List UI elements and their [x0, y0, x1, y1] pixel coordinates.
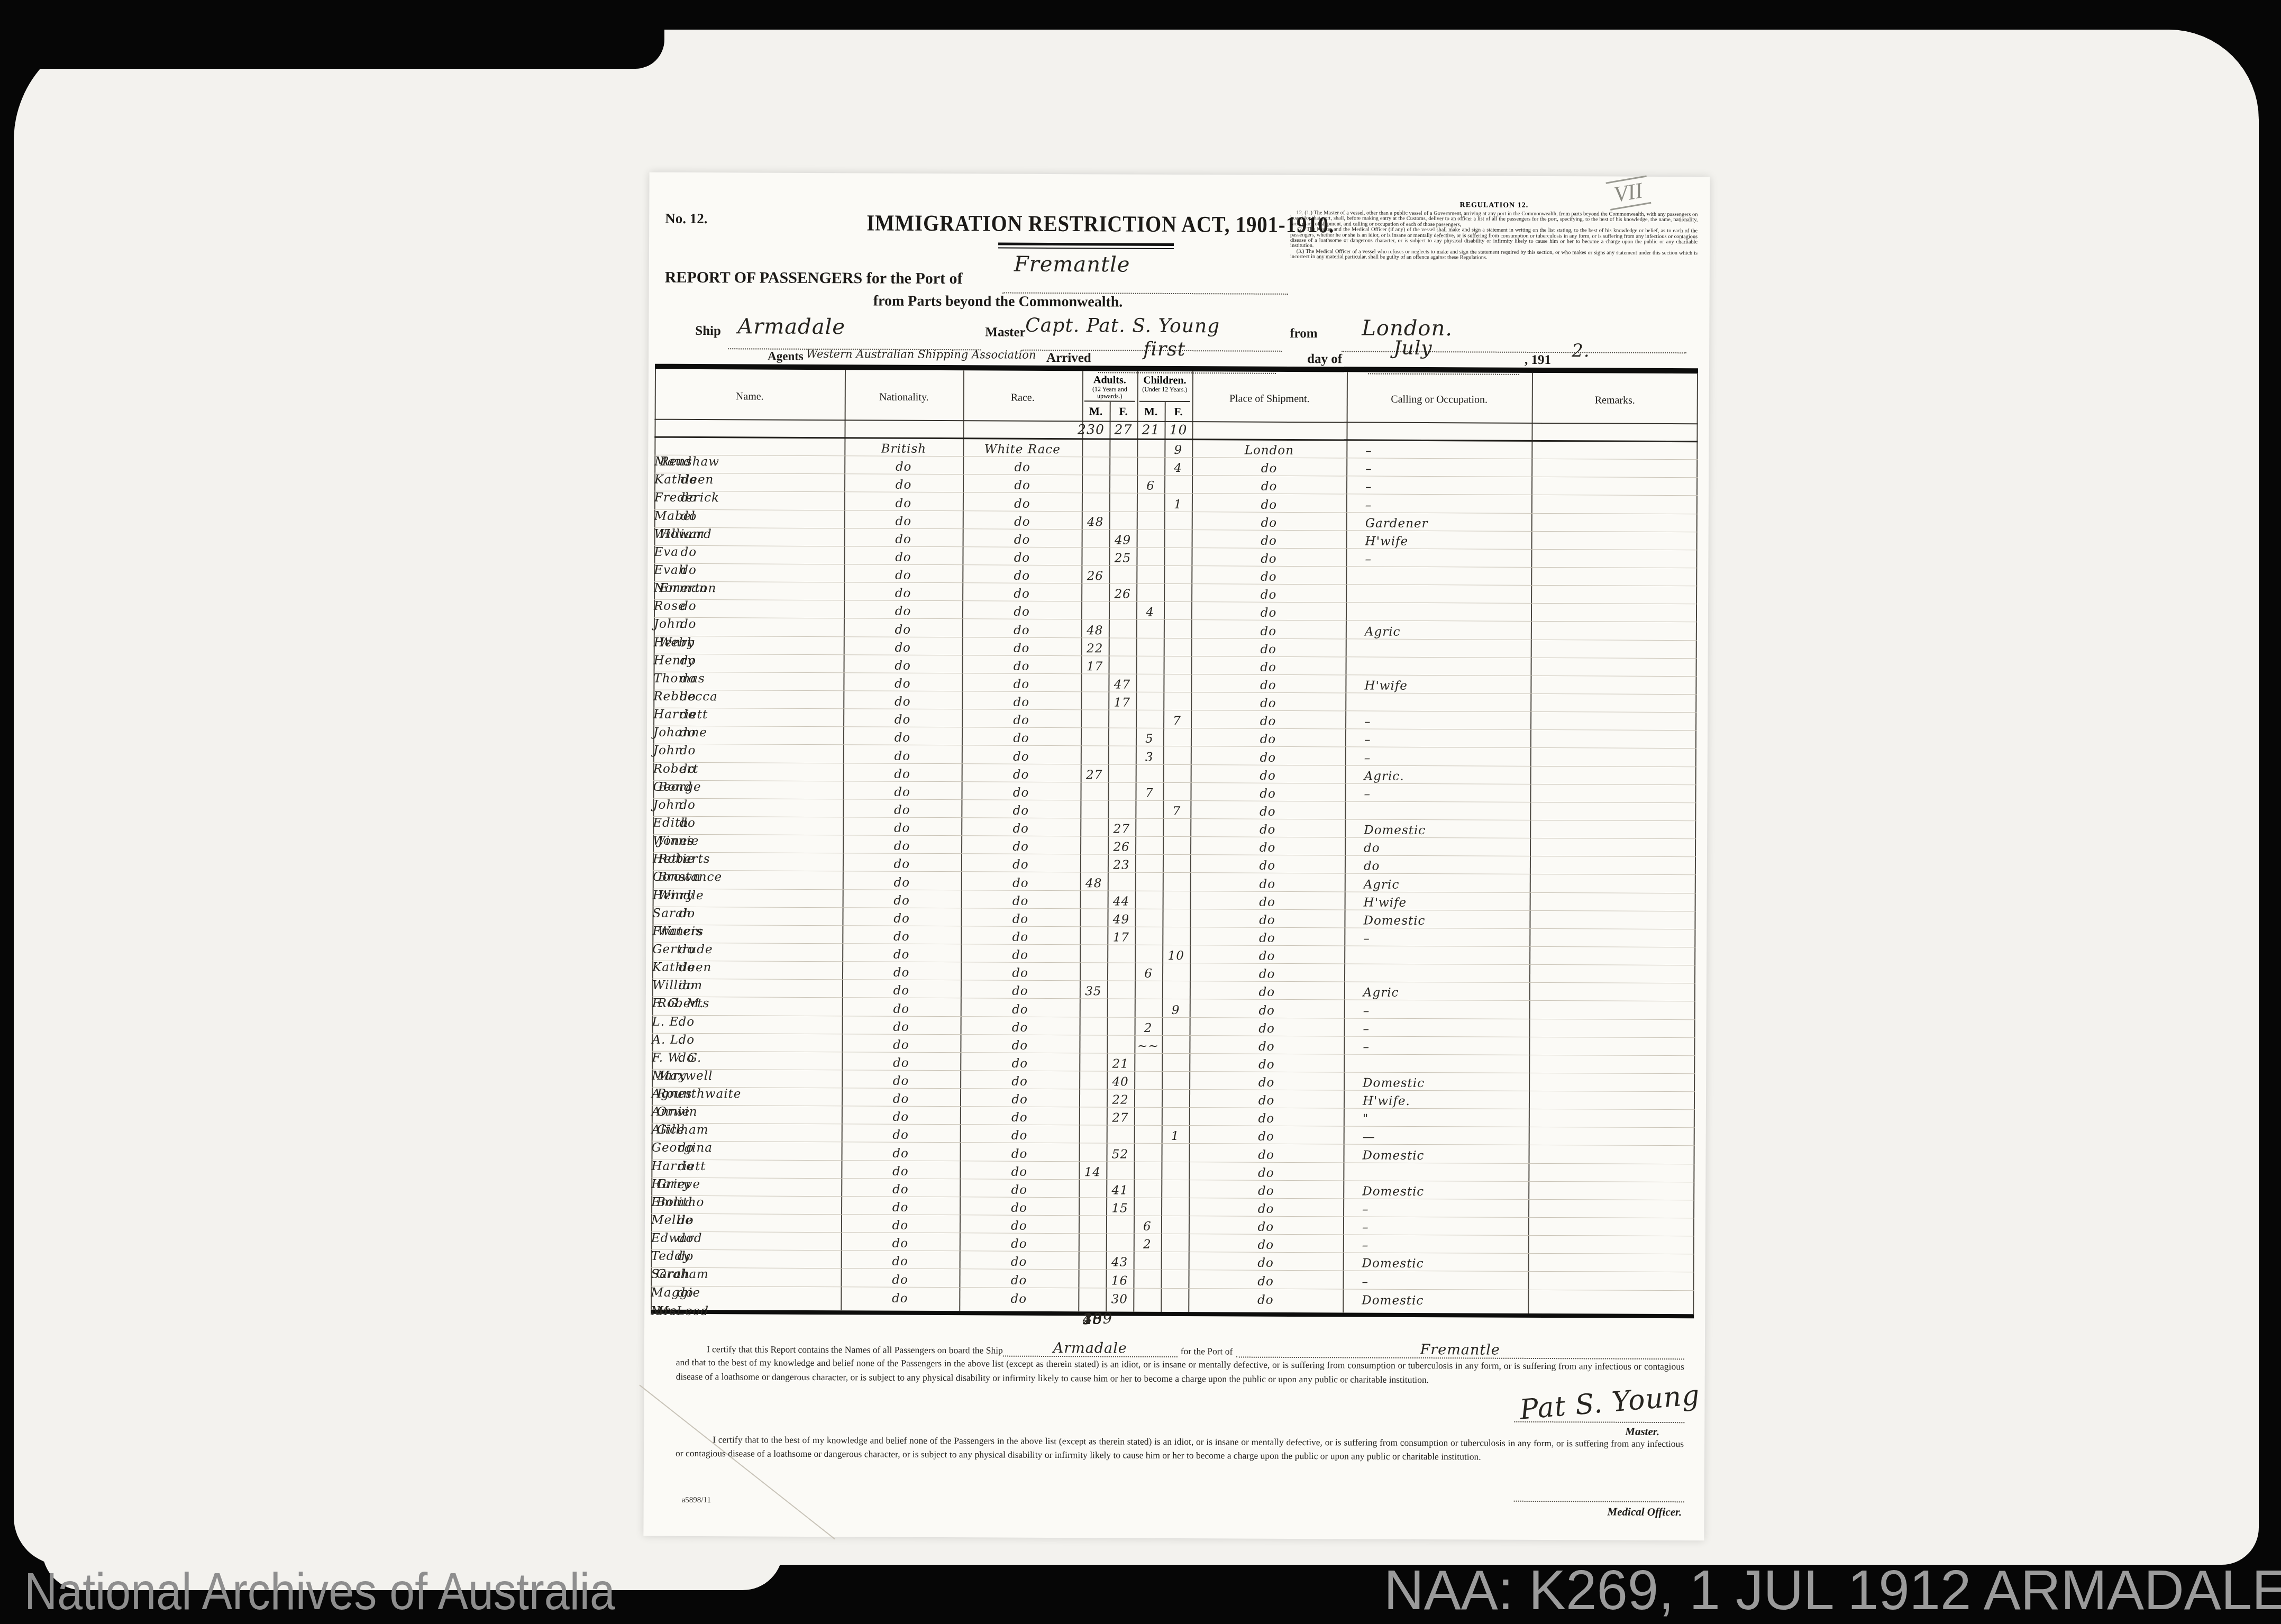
cell-calling-occupation: – [1344, 1004, 1529, 1019]
cell-nationality: do [844, 568, 962, 582]
cell-place-of-shipment: do [1189, 1039, 1344, 1054]
passenger-given-name: Constance [653, 870, 722, 884]
master-label: Master [985, 325, 1025, 340]
cell-place-of-shipment: do [1188, 1293, 1343, 1307]
cell-adults-f: 49 [1109, 533, 1137, 547]
cell-race: do [961, 912, 1080, 926]
cell-calling-occupation: – [1345, 787, 1530, 802]
cell-nationality: do [842, 1020, 961, 1034]
passenger-given-name: Frederick [654, 491, 719, 505]
cell-calling-occupation: H'wife. [1344, 1094, 1529, 1109]
cell-calling-occupation: Domestic [1344, 914, 1529, 928]
form-number: No. 12. [665, 211, 707, 227]
cell-children-f: 1 [1164, 497, 1192, 511]
cell-race: do [960, 1092, 1079, 1107]
cell-race: do [962, 623, 1081, 637]
passenger-given-name: William [654, 527, 705, 541]
cell-race: do [962, 695, 1081, 709]
report-line-label: REPORT OF PASSENGERS for the Port of [665, 269, 963, 288]
cell-place-of-shipment: do [1189, 1184, 1343, 1198]
cell-place-of-shipment: do [1192, 461, 1346, 476]
year-prefix: , 191 [1525, 353, 1551, 368]
cell-nationality: do [844, 641, 962, 655]
cell-adults-m: 26 [1081, 569, 1109, 583]
cell-children-m: 5 [1136, 732, 1163, 746]
cell-adults-f: 40 [1107, 1075, 1134, 1089]
cell-adults-f: 25 [1109, 551, 1136, 565]
cell-adults-f: 16 [1106, 1274, 1133, 1288]
cell-adults-m: 48 [1081, 624, 1109, 637]
medical-certification: I certify that to the best of my knowled… [676, 1433, 1684, 1464]
cell-race: do [960, 1255, 1079, 1270]
ship-name-handwritten-cert: Armadale [1053, 1340, 1127, 1357]
port-of-label: for the Port of [1178, 1345, 1236, 1357]
arrived-day-handwritten: first [1143, 339, 1185, 360]
cell-place-of-shipment: London [1192, 443, 1346, 458]
column-header-place: Place of Shipment. [1192, 393, 1347, 405]
master-certification: I certify that this Report contains the … [676, 1342, 1684, 1388]
cell-adults-f: 21 [1107, 1057, 1134, 1071]
cell-nationality: do [844, 496, 963, 510]
cell-race: do [961, 840, 1080, 854]
cell-place-of-shipment: do [1192, 516, 1346, 530]
bottom-total-children-f: 18 [1082, 1310, 1103, 1328]
year-digit-handwritten: 2. [1572, 340, 1590, 361]
cell-calling-occupation: Domestic [1345, 823, 1530, 838]
cell-race: do [963, 479, 1082, 493]
passenger-given-name: Harry [651, 1177, 690, 1191]
cell-calling-occupation: Gardener [1346, 516, 1531, 531]
day-of-label: day of [1307, 352, 1342, 367]
passenger-given-name: Henry [654, 653, 695, 667]
ship-name-slot: Armadale [1003, 1343, 1178, 1357]
cell-adults-m: 14 [1079, 1165, 1106, 1179]
cell-nationality: do [843, 875, 961, 890]
cell-race: do [961, 984, 1080, 999]
cell-place-of-shipment: do [1190, 805, 1345, 819]
cell-name: McLeod Mrs [651, 1304, 841, 1305]
cell-children-m: 2 [1135, 1021, 1162, 1035]
cell-nationality: do [841, 1200, 960, 1215]
cell-place-of-shipment: do [1188, 1274, 1343, 1289]
cell-calling-occupation: Agric [1345, 878, 1530, 892]
agents-label: Agents [768, 350, 804, 363]
cell-nationality: do [842, 984, 961, 998]
arrived-label: Arrived [1046, 351, 1091, 366]
cell-place-of-shipment: do [1192, 534, 1346, 548]
regulation-body: 12. (1.) The Master of a vessel, other t… [1290, 211, 1698, 262]
cell-place-of-shipment: do [1191, 642, 1346, 656]
cell-race: do [960, 1129, 1079, 1143]
cell-place-of-shipment: do [1189, 1166, 1343, 1180]
passenger-given-name: Annie [652, 1105, 690, 1119]
passenger-given-name: Eva [654, 545, 679, 559]
cell-nationality: do [844, 514, 963, 528]
cell-calling-occupation: H'wife [1345, 896, 1530, 910]
top-total-adults-f: 27 [1109, 422, 1137, 437]
cell-race: do [961, 1002, 1080, 1017]
cell-race: do [960, 1038, 1079, 1053]
cell-place-of-shipment: do [1190, 787, 1345, 801]
top-total-children-m: 21 [1137, 422, 1164, 437]
cell-calling-occupation: Domestic [1343, 1293, 1528, 1308]
passenger-given-name: L. E. [652, 1015, 683, 1028]
cell-calling-occupation: – [1345, 715, 1530, 730]
cell-adults-f: 52 [1106, 1147, 1134, 1161]
cell-race: do [962, 768, 1081, 782]
cell-place-of-shipment: do [1191, 751, 1345, 765]
passenger-given-name: Georgina [652, 1141, 713, 1155]
cell-place-of-shipment: do [1190, 967, 1344, 981]
cell-place-of-shipment: do [1192, 480, 1346, 494]
cell-race: do [962, 641, 1081, 655]
port-handwritten-cert: Fremantle [1420, 1342, 1500, 1358]
passenger-given-name: Mabel [654, 509, 696, 523]
cell-race: do [961, 894, 1080, 908]
cell-children-f: 7 [1163, 714, 1191, 728]
cell-race: do [962, 605, 1081, 619]
passenger-given-name: George [653, 780, 701, 793]
passenger-given-name: Rose [654, 599, 686, 613]
passenger-given-name: Winnie [653, 834, 699, 848]
cell-place-of-shipment: do [1190, 1003, 1344, 1018]
cell-place-of-shipment: do [1191, 588, 1346, 602]
column-header-children-sub: (Under 12 Years.) [1137, 386, 1192, 393]
cell-children-f: 9 [1162, 1003, 1190, 1017]
cell-children-m: 6 [1135, 967, 1162, 981]
cell-calling-occupation: – [1346, 462, 1531, 477]
passenger-given-name: Maud [654, 455, 692, 469]
passenger-given-name: John [654, 617, 684, 631]
cell-adults-f: 17 [1108, 696, 1136, 710]
month-handwritten: July [1393, 337, 1433, 359]
cell-nationality: do [841, 1218, 960, 1233]
cell-race: do [960, 1111, 1079, 1125]
passenger-given-name: Mellie [651, 1214, 693, 1227]
cell-nationality: do [844, 605, 962, 619]
passenger-given-name: Robert [653, 762, 699, 775]
cell-nationality: do [844, 550, 962, 564]
passenger-given-name: John [653, 744, 683, 758]
ship-name-handwritten: Armadale [737, 314, 845, 339]
cell-place-of-shipment: do [1191, 606, 1346, 621]
cell-race: do [961, 930, 1080, 944]
cell-calling-occupation: – [1344, 1022, 1529, 1037]
cell-nationality: do [842, 1074, 960, 1088]
medical-signature-line [1514, 1500, 1684, 1502]
cell-adults-m: 27 [1081, 768, 1108, 782]
column-header-children: Children. [1137, 375, 1192, 387]
cell-race: do [960, 1201, 1079, 1215]
top-total-adults-m: 230 [1072, 422, 1109, 437]
column-header-adults-m: M. [1082, 405, 1110, 418]
cell-adults-m: 35 [1080, 985, 1107, 999]
cell-nationality: do [844, 532, 963, 546]
cell-race: do [960, 1056, 1079, 1071]
cell-nationality: do [842, 947, 961, 962]
cell-adults-m: 22 [1081, 642, 1109, 655]
cell-adults-f: 17 [1107, 930, 1135, 944]
cell-children-f: 7 [1163, 805, 1190, 818]
passenger-given-name: Edith [653, 816, 689, 830]
passenger-given-name: Alice [652, 1123, 685, 1137]
certification-intro: I certify that this Report contains the … [676, 1343, 1003, 1357]
column-header-calling: Calling or Occupation. [1347, 393, 1532, 406]
cell-calling-occupation: — [1344, 1130, 1529, 1145]
cell-race: White Race [963, 442, 1082, 457]
cell-nationality: do [843, 749, 962, 763]
passenger-given-name: Harriett [651, 1159, 706, 1173]
cell-children-f: 9 [1164, 443, 1192, 457]
cell-place-of-shipment: do [1189, 1148, 1343, 1162]
cell-nationality: do [842, 1128, 960, 1143]
cell-adults-f: 44 [1108, 895, 1135, 908]
cell-race: do [963, 497, 1082, 511]
cell-nationality: do [844, 478, 963, 492]
fold-crease [639, 1385, 835, 1540]
cell-children-m: 7 [1135, 786, 1163, 800]
cell-place-of-shipment: do [1189, 1093, 1344, 1108]
passenger-rows: Renshaw Maud British White Race 9 London… [651, 437, 1698, 1309]
page-title: IMMIGRATION RESTRICTION ACT, 1901-1910. [866, 210, 1324, 238]
passenger-given-name: Evah [654, 563, 687, 577]
cell-race: do [961, 858, 1080, 872]
cell-calling-occupation: do [1345, 842, 1530, 856]
cell-children-m: 3 [1136, 750, 1163, 764]
cell-race: do [962, 551, 1081, 565]
cell-race: do [960, 1147, 1079, 1161]
cell-nationality: do [841, 1255, 960, 1269]
cell-race: do [963, 461, 1082, 475]
archive-scan-canvas: No. 12. VII IMMIGRATION RESTRICTION ACT,… [0, 0, 2281, 1624]
cell-adults-f: 26 [1109, 588, 1136, 601]
passenger-given-name: Harriett [653, 708, 708, 722]
cell-place-of-shipment: do [1190, 1021, 1344, 1036]
cell-place-of-shipment: do [1191, 733, 1345, 747]
cell-place-of-shipment: do [1191, 714, 1345, 728]
cell-nationality: British [844, 442, 963, 456]
cell-nationality: do [841, 1237, 960, 1251]
cell-place-of-shipment: do [1189, 1256, 1343, 1271]
cell-race: do [961, 1020, 1080, 1035]
cell-nationality: do [843, 803, 961, 817]
cell-adults-f: 41 [1106, 1183, 1134, 1197]
cell-race: do [962, 569, 1081, 583]
cell-nationality: do [843, 677, 962, 691]
cell-calling-occupation: – [1343, 1202, 1528, 1217]
cell-calling-occupation: Domestic [1343, 1184, 1528, 1199]
cell-children-f: 4 [1164, 461, 1192, 475]
passenger-given-name: Mrs [651, 1304, 677, 1318]
cell-nationality: do [842, 1092, 960, 1106]
cell-nationality: do [842, 1038, 960, 1052]
cell-place-of-shipment: do [1190, 877, 1345, 891]
cell-calling-occupation: – [1344, 1040, 1529, 1055]
port-handwritten: Fremantle [1014, 252, 1130, 277]
regulation-12-block: REGULATION 12. 12. (1.) The Master of a … [1290, 200, 1698, 262]
cell-adults-m: 17 [1081, 660, 1109, 673]
cell-calling-occupation: – [1343, 1239, 1528, 1254]
port-name-slot: Fremantle [1236, 1344, 1684, 1360]
cell-place-of-shipment: do [1192, 498, 1346, 512]
cell-adults-f: 23 [1108, 859, 1135, 872]
cell-calling-occupation: " [1344, 1112, 1529, 1127]
cell-place-of-shipment: do [1191, 678, 1345, 692]
passenger-given-name: Maggie [651, 1285, 700, 1299]
cell-race: do [963, 533, 1082, 547]
cell-place-of-shipment: do [1190, 841, 1345, 855]
cell-calling-occupation: – [1343, 1221, 1528, 1236]
cell-place-of-shipment: do [1189, 1202, 1343, 1216]
cell-calling-occupation: do [1345, 860, 1530, 874]
cell-adults-f: 49 [1107, 913, 1135, 926]
cell-children-m: 6 [1134, 1220, 1161, 1234]
cell-place-of-shipment: do [1191, 696, 1345, 710]
column-header-adults: Adults. [1082, 374, 1137, 386]
cell-children-f: 10 [1162, 949, 1190, 963]
cell-place-of-shipment: do [1190, 823, 1345, 837]
cell-adults-m: 48 [1082, 515, 1109, 529]
cell-place-of-shipment: do [1190, 949, 1344, 963]
column-header-name: Name. [655, 390, 845, 404]
cell-adults-f: 43 [1106, 1256, 1134, 1270]
cell-nationality: do [842, 965, 961, 980]
cell-adults-f: 27 [1107, 1111, 1134, 1125]
passenger-given-name: A. L. [652, 1033, 683, 1046]
cell-calling-occupation: H'wife [1346, 534, 1531, 549]
passenger-given-name: Kathleen [654, 473, 714, 487]
cell-place-of-shipment: do [1190, 859, 1345, 873]
cell-nationality: do [841, 1273, 959, 1287]
cell-calling-occupation: – [1345, 733, 1530, 748]
passenger-given-name: F. W. G. [652, 1051, 701, 1064]
cell-children-m: ~~ [1134, 1039, 1162, 1053]
archive-watermark-right: NAA: K269, 1 JUL 1912 ARMADALE [1384, 1558, 2281, 1622]
cell-calling-occupation: Domestic [1343, 1257, 1528, 1272]
passenger-given-name: Henry [654, 635, 695, 649]
cell-calling-occupation: – [1343, 1275, 1528, 1290]
agents-handwritten: Western Australian Shipping Association [806, 348, 1036, 361]
cell-nationality: do [843, 713, 962, 727]
cell-race: do [962, 732, 1081, 746]
cell-race: do [962, 713, 1081, 727]
cell-children-m: 6 [1137, 479, 1164, 493]
cell-calling-occupation: – [1346, 480, 1531, 495]
cell-calling-occupation: H'wife [1345, 679, 1530, 694]
passenger-table: Name. Nationality. Race. Adults. (12 Yea… [651, 364, 1698, 1319]
cell-calling-occupation: – [1344, 932, 1529, 946]
cell-place-of-shipment: do [1191, 552, 1346, 566]
subtitle: from Parts beyond the Commonwealth. [845, 293, 1152, 311]
cell-adults-m: 48 [1080, 877, 1108, 890]
passenger-given-name: Mary [652, 1069, 686, 1083]
title-rule [998, 243, 1174, 249]
cell-race: do [962, 750, 1081, 764]
cell-nationality: do [841, 1164, 960, 1179]
cell-nationality: do [842, 1110, 960, 1125]
cell-nationality: do [842, 929, 961, 944]
cell-place-of-shipment: do [1189, 1057, 1344, 1072]
cell-adults-f: 30 [1106, 1292, 1133, 1306]
cell-nationality: do [844, 659, 962, 673]
scan-border-top-left [0, 0, 664, 69]
table-rule [1084, 400, 1135, 402]
cell-nationality: do [843, 695, 962, 709]
cell-nationality: do [842, 911, 961, 926]
passenger-given-name: William [652, 979, 702, 992]
cell-place-of-shipment: do [1189, 1075, 1344, 1090]
cell-race: do [961, 822, 1080, 836]
cell-race: do [961, 966, 1080, 980]
passenger-given-name: Gertrude [652, 943, 713, 956]
cell-place-of-shipment: do [1191, 660, 1346, 674]
cell-race: do [963, 515, 1082, 529]
cell-calling-occupation: – [1346, 552, 1531, 567]
cell-nationality: do [844, 460, 963, 475]
passenger-report-document: No. 12. VII IMMIGRATION RESTRICTION ACT,… [643, 172, 1710, 1541]
cell-place-of-shipment: do [1190, 985, 1344, 999]
cell-children-m: 2 [1134, 1238, 1161, 1252]
cell-calling-occupation: Agric [1346, 625, 1531, 640]
passenger-given-name: Norman [654, 581, 707, 595]
medical-signature-title: Medical Officer. [1608, 1506, 1682, 1519]
passenger-given-name: F. G. M. [652, 997, 704, 1010]
passenger-given-name: Sarah [651, 1267, 690, 1281]
cell-nationality: do [843, 839, 961, 853]
cell-children-f: 1 [1162, 1129, 1189, 1143]
column-header-race: Race. [963, 391, 1082, 404]
passenger-given-name: Teddy [651, 1249, 691, 1263]
cell-place-of-shipment: do [1189, 1238, 1343, 1252]
cell-calling-occupation: – [1345, 751, 1530, 766]
cell-nationality: do [841, 1182, 960, 1197]
cell-race: do [961, 948, 1080, 962]
cell-place-of-shipment: do [1190, 895, 1345, 909]
top-total-children-f: 10 [1164, 422, 1192, 437]
regulation-heading: REGULATION 12. [1290, 200, 1698, 211]
passenger-given-name: Agnes [652, 1087, 692, 1101]
cell-race: do [961, 804, 1080, 818]
cell-race: do [962, 677, 1081, 691]
cell-race: do [962, 659, 1081, 673]
cell-race: do [959, 1292, 1078, 1306]
cell-race: do [960, 1237, 1079, 1252]
cell-race: do [962, 587, 1081, 601]
cell-calling-occupation: – [1346, 444, 1531, 459]
cell-adults-f: 22 [1107, 1093, 1134, 1107]
from-label: from [1290, 326, 1317, 341]
cell-race: do [959, 1273, 1078, 1288]
cell-nationality: do [843, 893, 961, 908]
cell-nationality: do [841, 1291, 959, 1306]
cell-calling-occupation: Domestic [1344, 1076, 1529, 1091]
master-certification-body: and that to the best of my knowledge and… [676, 1355, 1684, 1388]
passenger-given-name: Johanne [653, 726, 707, 740]
cell-race: do [960, 1183, 1079, 1197]
cell-adults-f: 15 [1106, 1201, 1134, 1215]
passenger-given-name: Emma [651, 1196, 692, 1209]
cell-race: do [961, 786, 1080, 800]
cell-nationality: do [844, 587, 962, 601]
passenger-given-name: Sarah [652, 906, 691, 920]
cell-race: do [960, 1219, 1079, 1233]
cell-race: do [961, 876, 1080, 890]
cell-place-of-shipment: do [1191, 570, 1346, 584]
cell-nationality: do [841, 1146, 960, 1161]
passenger-given-name: John [653, 798, 683, 811]
cell-calling-occupation: – [1346, 498, 1531, 513]
column-header-adults-sub: (12 Years and upwards.) [1082, 386, 1137, 399]
